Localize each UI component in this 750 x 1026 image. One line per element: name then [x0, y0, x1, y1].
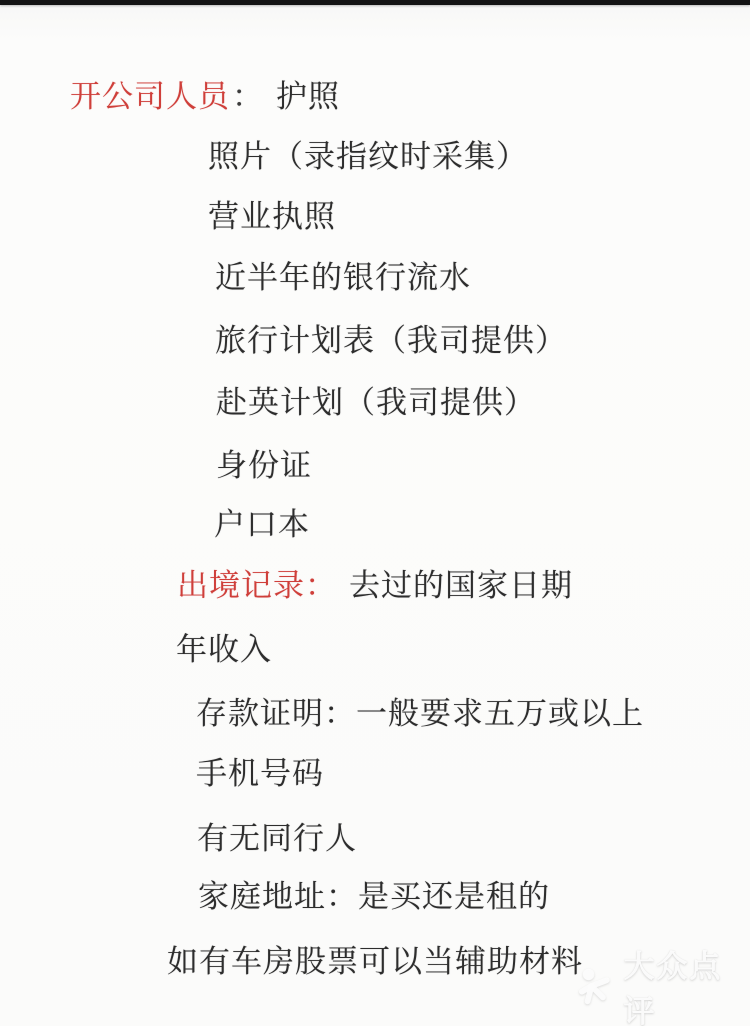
line-text: 如有车房股票可以当辅助材料 [167, 944, 583, 979]
line-text: 去过的国家日期 [349, 568, 573, 603]
document-line-home-address: 家庭地址：是买还是租的 [198, 871, 550, 916]
document-line-company-staff: 开公司人员：护照 [70, 71, 340, 116]
document-line-phone-number: 手机号码 [196, 748, 324, 793]
colon: ： [232, 79, 264, 114]
document-line-deposit-certificate: 存款证明：一般要求五万或以上 [196, 688, 644, 733]
line-text: 近半年的银行流水 [215, 260, 471, 295]
document-line-annual-income: 年收入 [176, 624, 272, 669]
section-label: 出境记录： [177, 568, 337, 603]
line-text: 年收入 [176, 632, 272, 667]
dianping-figure-icon [578, 966, 614, 1006]
line-text: 护照 [276, 79, 340, 114]
document-line-photo: 照片（录指纹时采集） [208, 131, 528, 176]
line-text: 旅行计划表（我司提供） [215, 323, 567, 358]
line-text: 户口本 [214, 507, 310, 542]
watermark-text: 大众点评 [623, 941, 750, 1026]
document-line-exit-records: 出境记录：去过的国家日期 [177, 560, 573, 605]
line-text: 存款证明：一般要求五万或以上 [196, 696, 644, 731]
dianping-watermark: 大众点评 [578, 941, 750, 1026]
document-line-travel-plan: 旅行计划表（我司提供） [215, 315, 567, 360]
line-text: 照片（录指纹时采集） [208, 139, 528, 174]
document-line-uk-plan: 赴英计划（我司提供） [216, 377, 536, 422]
line-text: 赴英计划（我司提供） [216, 385, 536, 420]
document-line-household-register: 户口本 [214, 499, 310, 544]
line-text: 有无同行人 [197, 821, 357, 856]
document-page: 开公司人员：护照 照片（录指纹时采集） 营业执照 近半年的银行流水 旅行计划表（… [0, 0, 750, 1026]
top-border [0, 0, 750, 5]
document-line-bank-statement: 近半年的银行流水 [215, 252, 471, 297]
section-label: 开公司人员 [70, 79, 230, 114]
line-text: 营业执照 [208, 199, 336, 234]
document-line-supporting-assets: 如有车房股票可以当辅助材料 [167, 936, 583, 981]
line-text: 手机号码 [196, 756, 324, 791]
line-text: 家庭地址：是买还是租的 [198, 879, 550, 914]
document-line-id-card: 身份证 [216, 440, 312, 485]
document-line-companions: 有无同行人 [197, 813, 357, 858]
line-text: 身份证 [216, 448, 312, 483]
document-line-business-license: 营业执照 [208, 191, 336, 236]
